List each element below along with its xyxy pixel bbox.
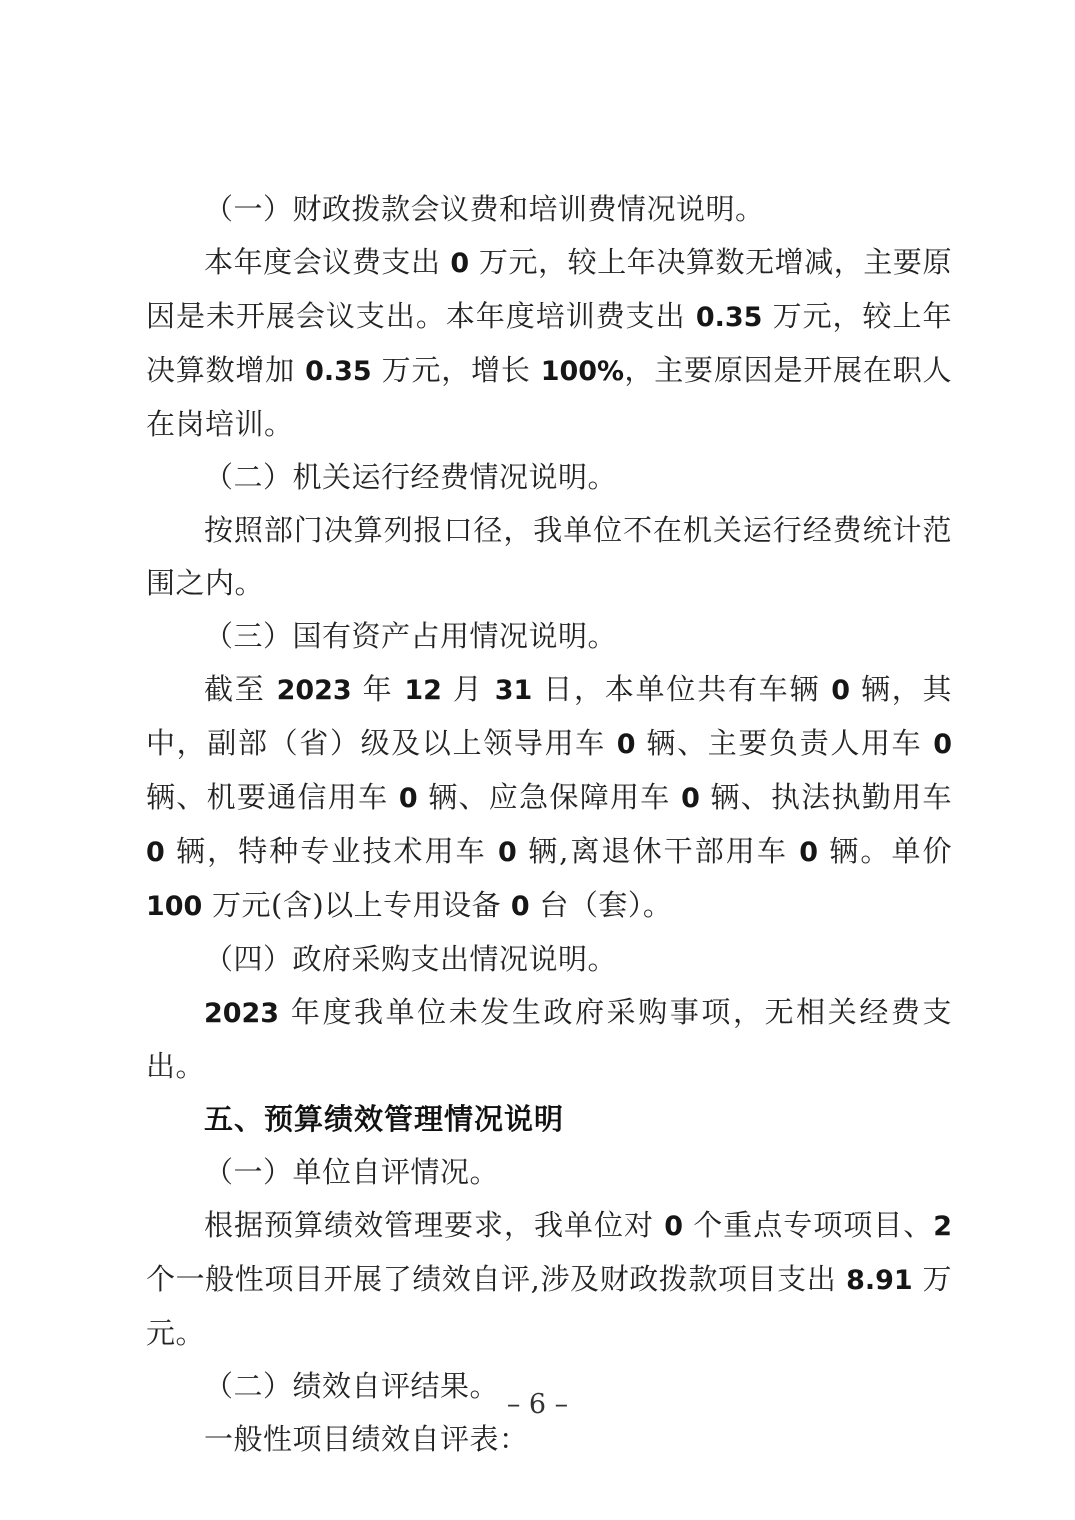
paragraph-meeting-training: 本年度会议费支出 0 万元，较上年决算数无增减，主要原因是未开展会议支出。本年度… — [146, 236, 952, 451]
paragraph-section2-title: （二）机关运行经费情况说明。 — [146, 451, 952, 504]
document-page: （一）财政拨款会议费和培训费情况说明。 本年度会议费支出 0 万元，较上年决算数… — [0, 0, 1075, 1520]
section-heading-budget-performance: 五、预算绩效管理情况说明 — [146, 1093, 952, 1146]
page-number: – 6 – — [0, 1378, 1075, 1431]
document-body: （一）财政拨款会议费和培训费情况说明。 本年度会议费支出 0 万元，较上年决算数… — [146, 183, 952, 1466]
paragraph-procurement: 2023 年度我单位未发生政府采购事项，无相关经费支出。 — [146, 986, 952, 1093]
paragraph-section3-title: （三）国有资产占用情况说明。 — [146, 610, 952, 663]
paragraph-section4-title: （四）政府采购支出情况说明。 — [146, 933, 952, 986]
paragraph-section1-title: （一）财政拨款会议费和培训费情况说明。 — [146, 183, 952, 236]
paragraph-state-assets: 截至 2023 年 12 月 31 日，本单位共有车辆 0 辆，其中，副部（省）… — [146, 663, 952, 933]
paragraph-operating-funds: 按照部门决算列报口径，我单位不在机关运行经费统计范围之内。 — [146, 504, 952, 610]
paragraph-self-eval-detail: 根据预算绩效管理要求，我单位对 0 个重点专项项目、2 个一般性项目开展了绩效自… — [146, 1199, 952, 1360]
paragraph-self-eval-title: （一）单位自评情况。 — [146, 1146, 952, 1199]
